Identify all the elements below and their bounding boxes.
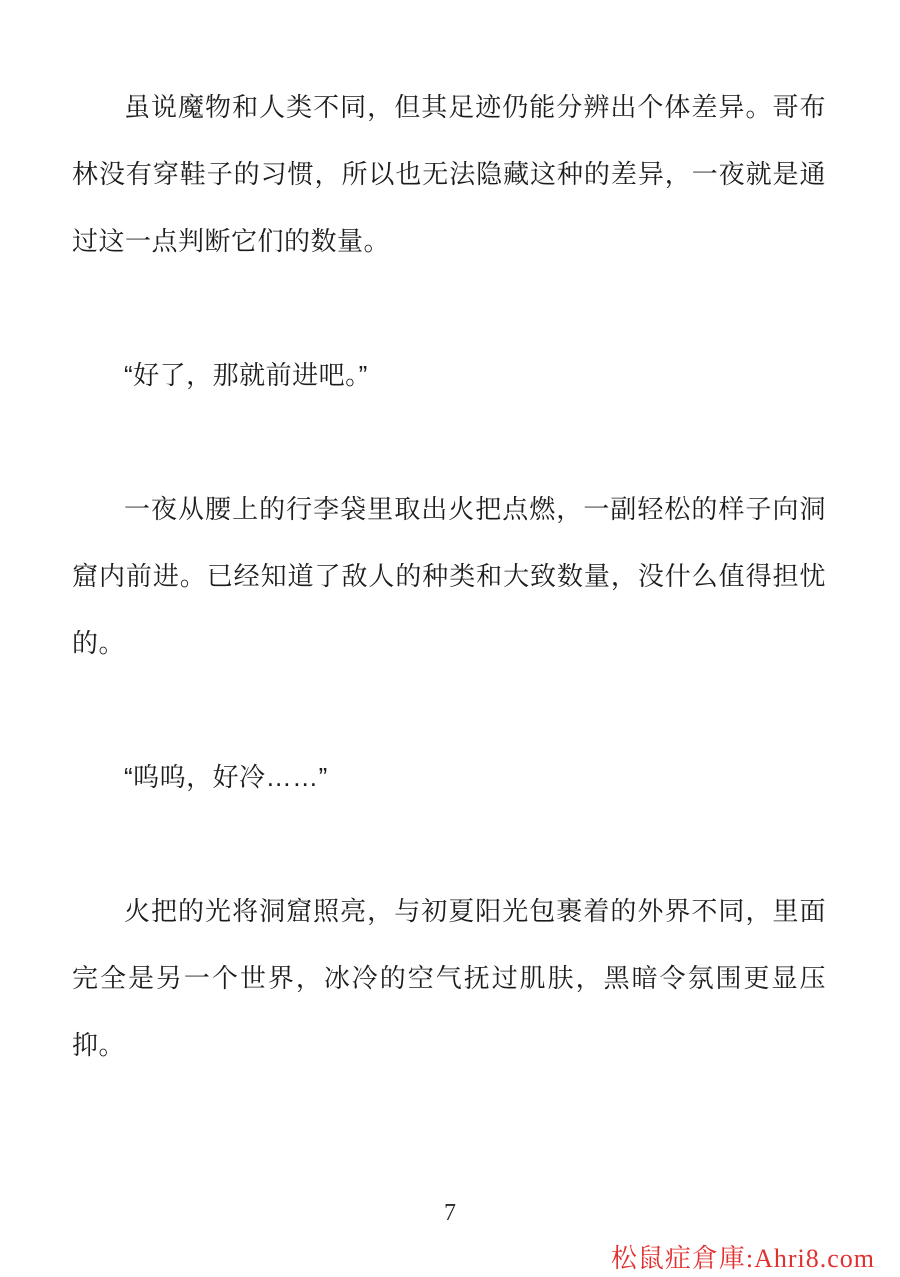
watermark: 松鼠症倉庫:Ahri8.com (611, 1238, 875, 1275)
paragraph: 一夜从腰上的行李袋里取出火把点燃，一副轻松的样子向洞窟内前进。已经知道了敌人的种… (72, 476, 826, 677)
paragraph: 虽说魔物和人类不同，但其足迹仍能分辨出个体差异。哥布林没有穿鞋子的习惯，所以也无… (72, 74, 826, 275)
paragraph-dialogue: “呜呜，好冷……” (72, 744, 826, 811)
document-page: 虽说魔物和人类不同，但其足迹仍能分辨出个体差异。哥布林没有穿鞋子的习惯，所以也无… (0, 0, 900, 1277)
page-number: 7 (0, 1200, 900, 1227)
paragraph: 火把的光将洞窟照亮，与初夏阳光包裹着的外界不同，里面完全是另一个世界，冰冷的空气… (72, 878, 826, 1079)
paragraph-dialogue: “好了，那就前进吧。” (72, 342, 826, 409)
text-content: 虽说魔物和人类不同，但其足迹仍能分辨出个体差异。哥布林没有穿鞋子的习惯，所以也无… (0, 0, 900, 1079)
